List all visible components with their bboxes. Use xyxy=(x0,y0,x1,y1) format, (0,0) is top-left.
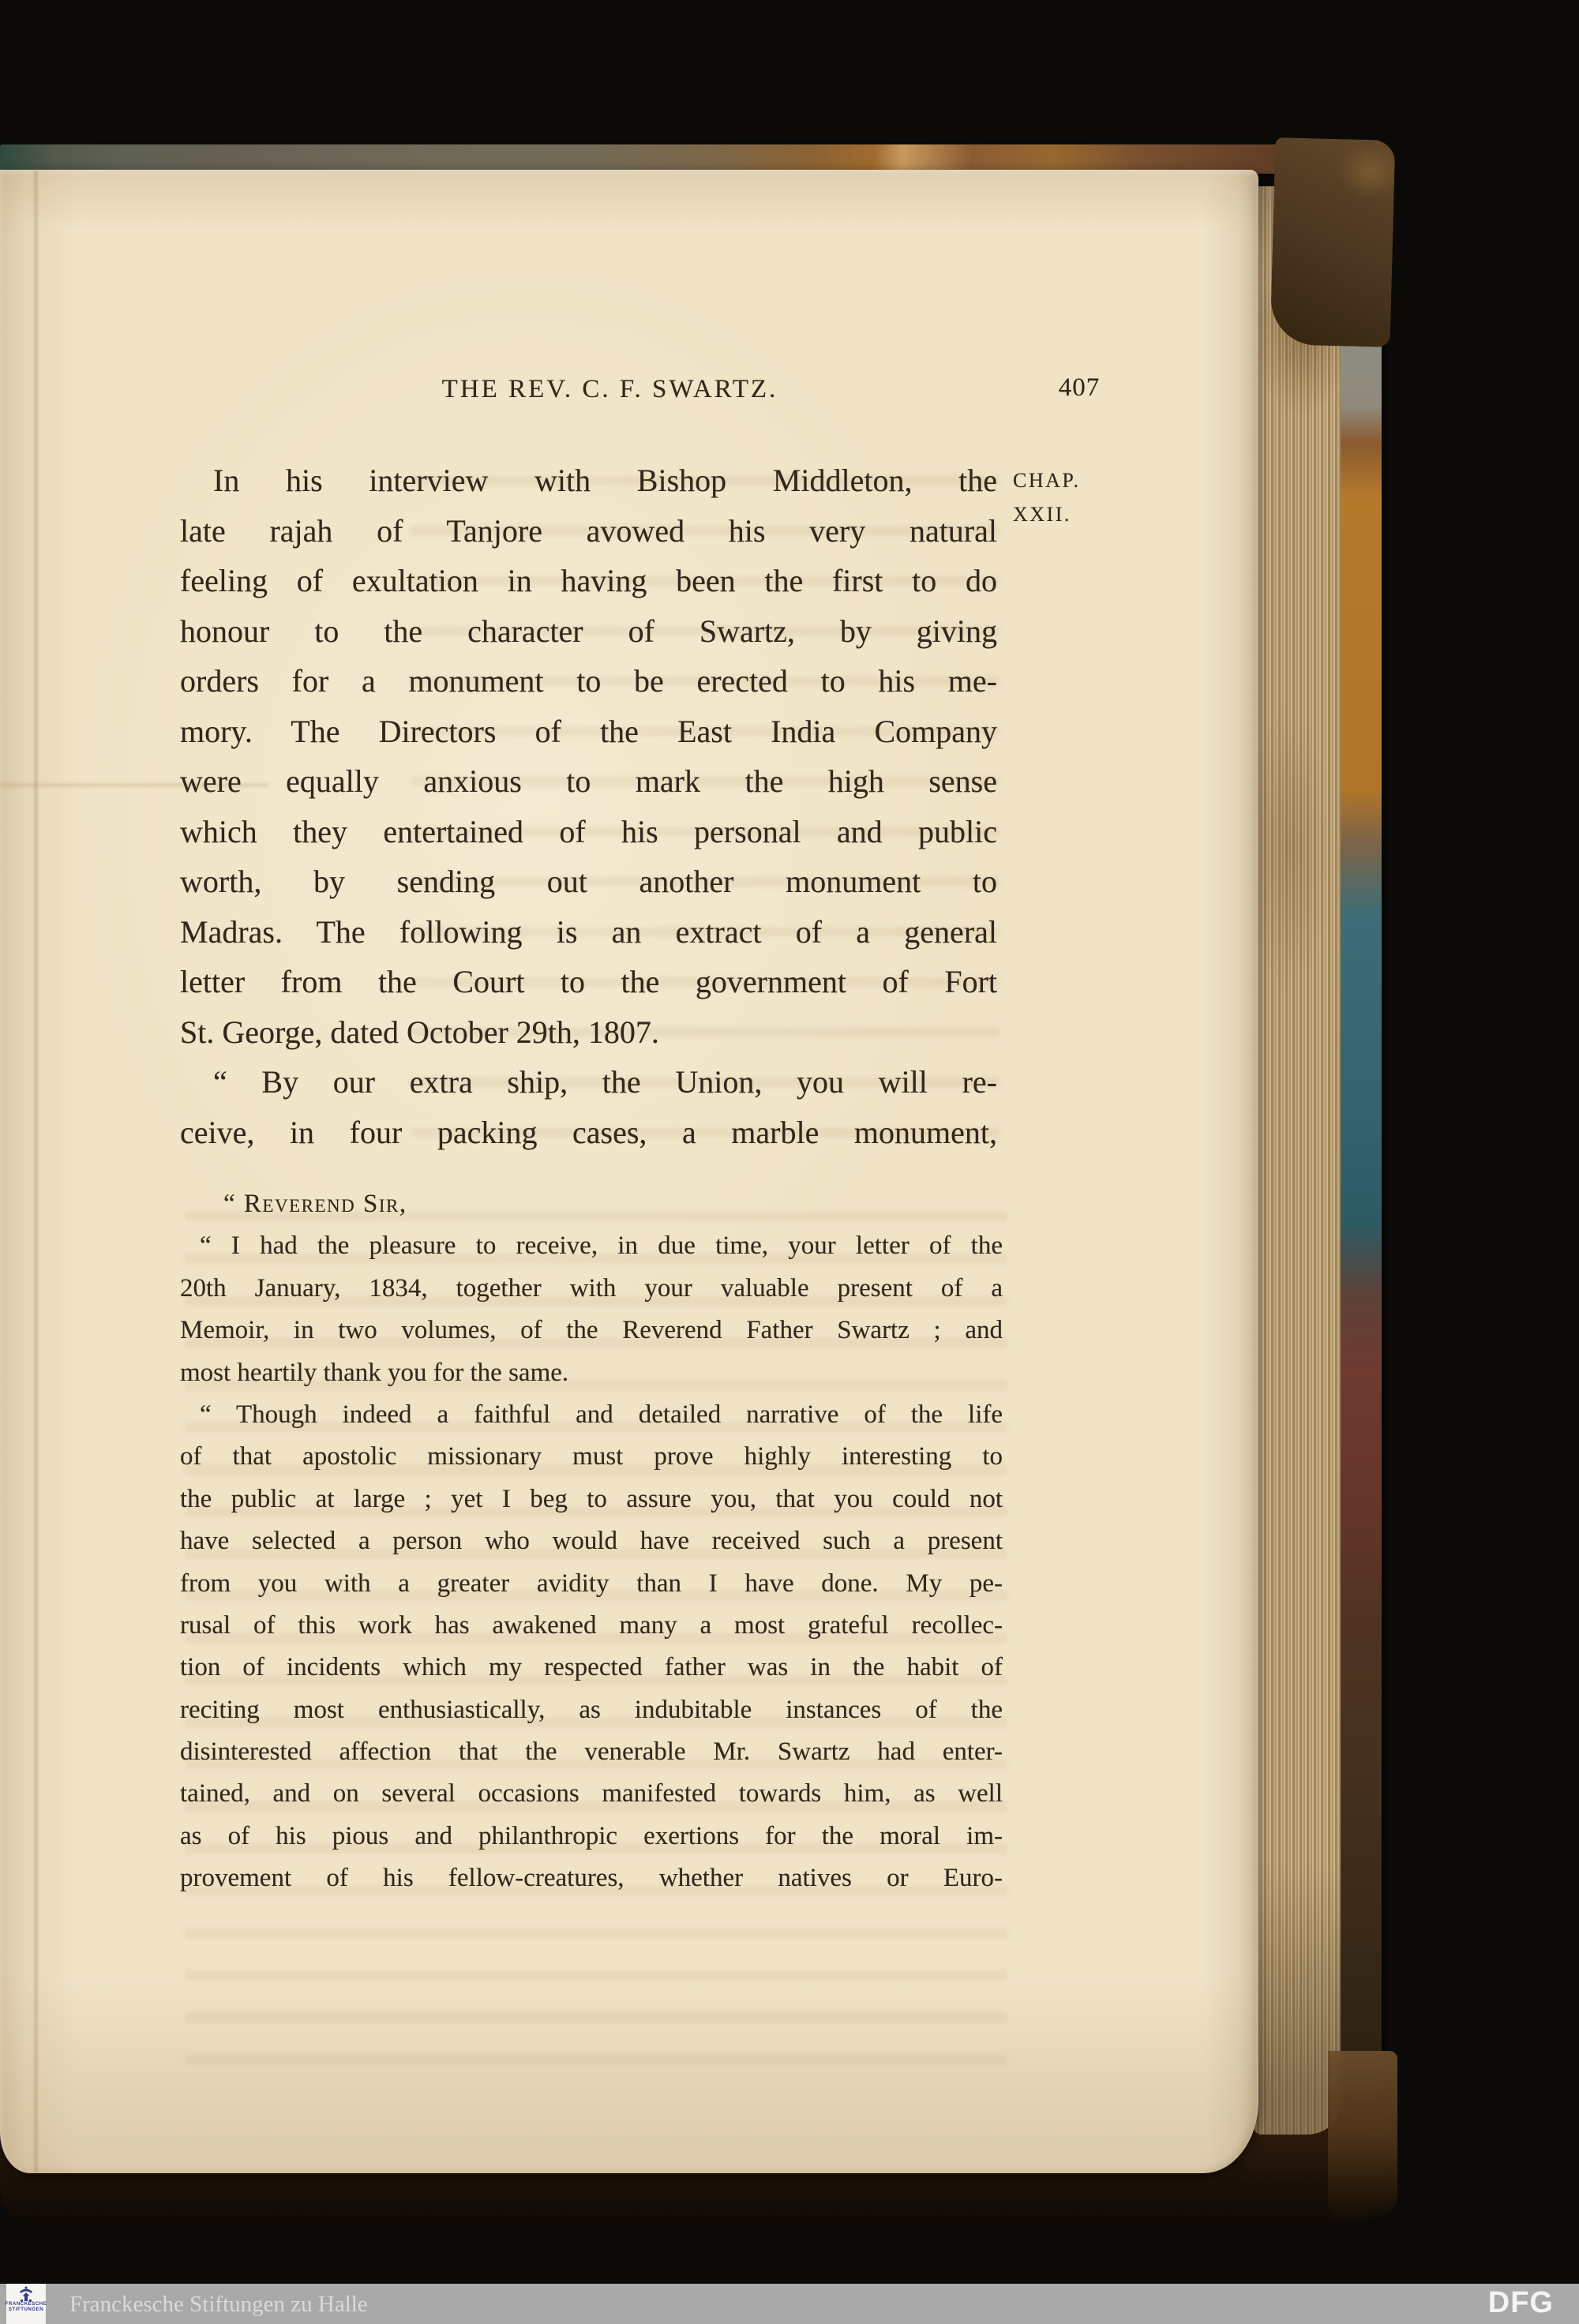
text-line: orders for a monument to be erected to h… xyxy=(180,656,997,707)
francke-foundations-emblem-icon xyxy=(17,2286,35,2302)
text-line: which they entertained of his personal a… xyxy=(180,807,997,857)
chapter-margin-note: CHAP. XXII. xyxy=(1013,463,1080,531)
text-line: reciting most enthusiastically, as indub… xyxy=(180,1689,1003,1731)
text-line: mory. The Directors of the East India Co… xyxy=(180,707,997,757)
text-line: the public at large ; yet I beg to assur… xyxy=(180,1479,1003,1520)
text-line: have selected a person who would have re… xyxy=(180,1520,1003,1562)
text-line: 20th January, 1834, together with your v… xyxy=(180,1268,1003,1310)
text-line: disinterested affection that the venerab… xyxy=(180,1731,1003,1773)
page-number: 407 xyxy=(1044,373,1115,403)
text-line: worth, by sending out another monument t… xyxy=(180,857,997,907)
digitization-footer-bar: FRANCKESCHE STIFTUNGEN Franckesche Stift… xyxy=(0,2284,1579,2324)
text-line: feeling of exultation in having been the… xyxy=(180,556,997,606)
text-line: late rajah of Tanjore avowed his very na… xyxy=(180,506,997,557)
text-line: St. George, dated October 29th, 1807. xyxy=(180,1007,997,1058)
worn-cover-fringe xyxy=(1328,2051,1397,2221)
book-page: THE REV. C. F. SWARTZ. 407 CHAP. XXII. I… xyxy=(0,170,1258,2173)
text-line: as of his pious and philanthropic exerti… xyxy=(180,1816,1003,1857)
main-text-block: In his interview with Bishop Middleton, … xyxy=(180,455,997,1157)
page-block-fore-edge xyxy=(1254,186,1342,2135)
marbled-cover-edge xyxy=(1341,316,1382,2131)
scan-backdrop: THE REV. C. F. SWARTZ. 407 CHAP. XXII. I… xyxy=(0,0,1579,2324)
text-line: “ By our extra ship, the Union, you will… xyxy=(180,1057,997,1108)
text-line: Memoir, in two volumes, of the Reverend … xyxy=(180,1310,1003,1351)
text-line: letter from the Court to the government … xyxy=(180,957,997,1007)
text-line: “ Though indeed a faithful and detailed … xyxy=(180,1394,1003,1436)
text-line: “ I had the pleasure to receive, in due … xyxy=(180,1225,1003,1267)
text-line: most heartily thank you for the same. xyxy=(180,1352,1003,1394)
text-line: rusal of this work has awakened many a m… xyxy=(180,1605,1003,1647)
page-gutter-crease xyxy=(35,170,37,2173)
text-line: of that apostolic missionary must prove … xyxy=(180,1436,1003,1478)
text-line: honour to the character of Swartz, by gi… xyxy=(180,606,997,657)
letter-text-block: “ Reverend Sir,“ I had the pleasure to r… xyxy=(180,1183,1003,1900)
logo-caption-line: FRANCKESCHE xyxy=(6,2302,47,2307)
running-header: THE REV. C. F. SWARTZ. xyxy=(201,375,1018,404)
institution-logo: FRANCKESCHE STIFTUNGEN xyxy=(6,2284,46,2324)
book-cover-corner xyxy=(1270,137,1396,347)
chapter-label: CHAP. xyxy=(1013,463,1080,497)
text-line: provement of his fellow-creatures, wheth… xyxy=(180,1857,1003,1899)
book: THE REV. C. F. SWARTZ. 407 CHAP. XXII. I… xyxy=(0,0,1579,2324)
text-line: “ Reverend Sir, xyxy=(180,1183,1003,1225)
text-line: Madras. The following is an extract of a… xyxy=(180,907,997,958)
dfg-logo: DFG xyxy=(1488,2286,1554,2320)
text-line: were equally anxious to mark the high se… xyxy=(180,756,997,807)
text-line: tion of incidents which my respected fat… xyxy=(180,1647,1003,1689)
institution-name: Franckesche Stiftungen zu Halle xyxy=(69,2284,368,2324)
logo-caption-line: STIFTUNGEN xyxy=(9,2307,43,2313)
text-line: ceive, in four packing cases, a marble m… xyxy=(180,1108,997,1158)
text-line: tained, and on several occasions manifes… xyxy=(180,1773,1003,1815)
chapter-numeral: XXII. xyxy=(1013,497,1080,531)
text-line: In his interview with Bishop Middleton, … xyxy=(180,455,997,506)
text-line: from you with a greater avidity than I h… xyxy=(180,1563,1003,1605)
